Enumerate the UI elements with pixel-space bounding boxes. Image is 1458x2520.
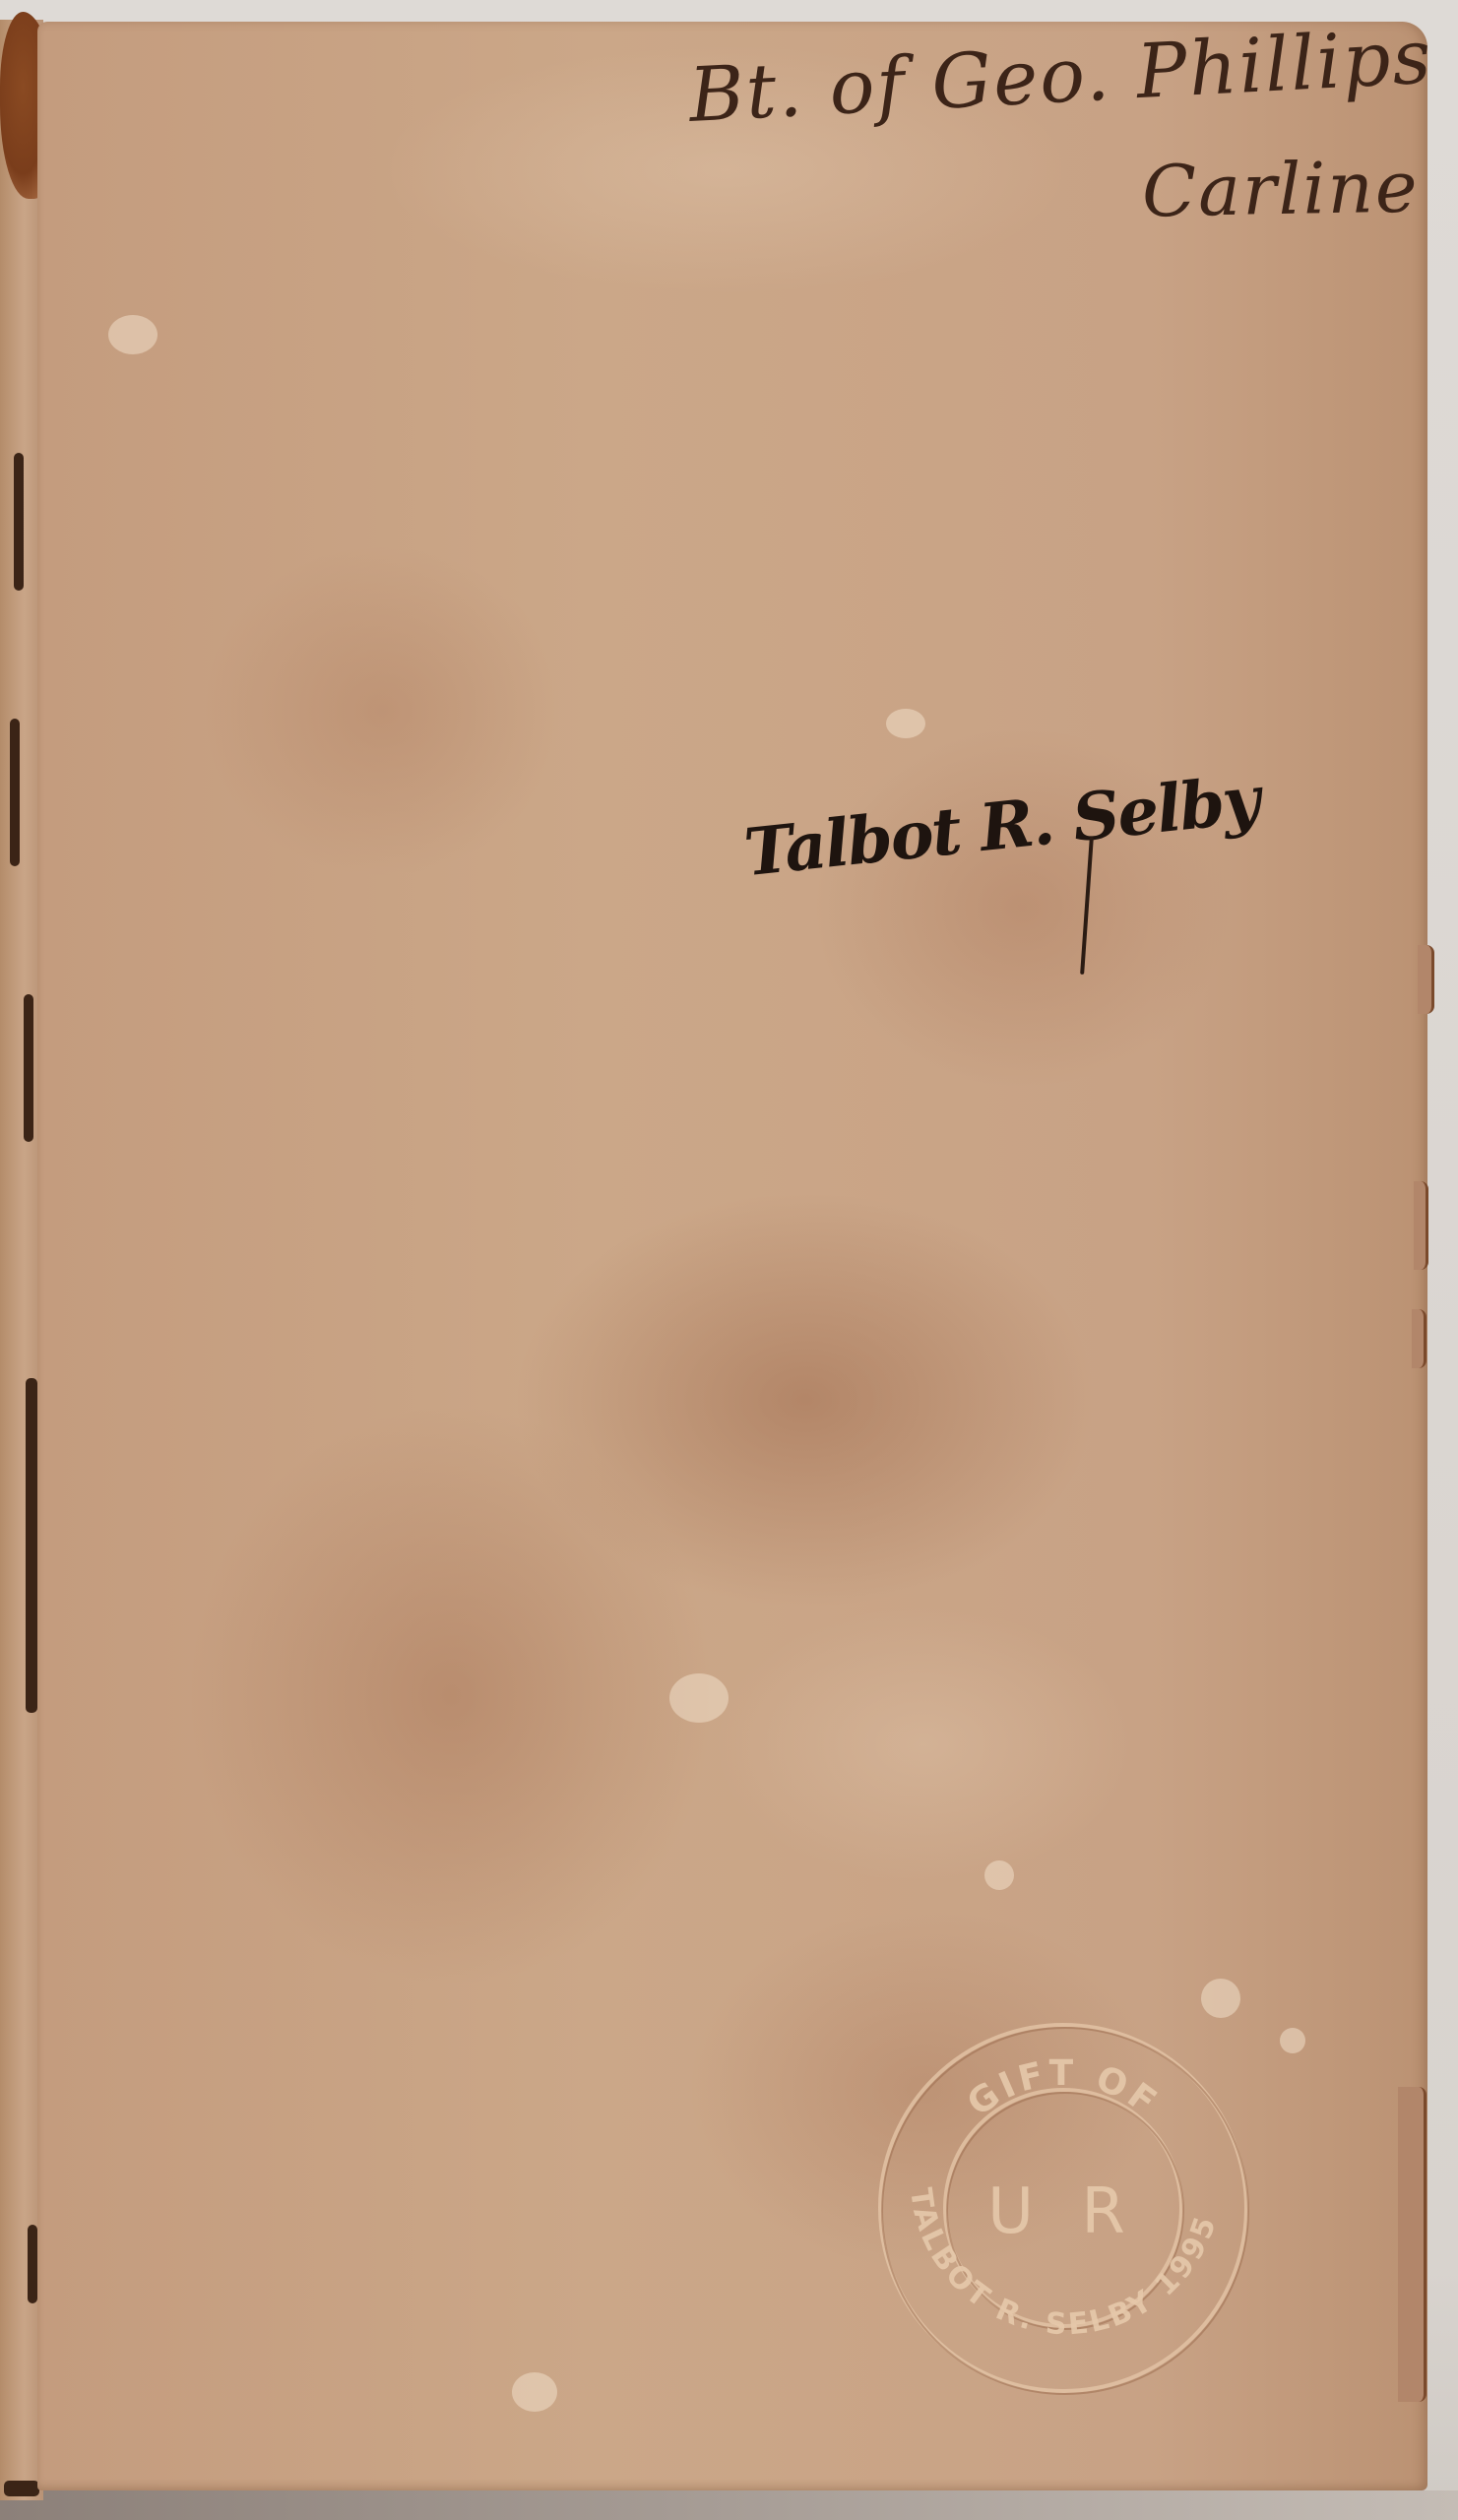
spine-gap	[28, 2225, 37, 2303]
stamp-top-text: GIFT OF	[960, 2053, 1166, 2124]
svg-text:GIFT OF: GIFT OF	[960, 2053, 1166, 2124]
ownership-inscription-line-2: Carline	[1141, 146, 1420, 233]
scanned-book-page: Bt. of Geo. Phillips Carline Talbot R. S…	[0, 0, 1458, 2520]
embossed-gift-stamp: GIFT OF TALBOT R. SELBY 1995 U R	[871, 2016, 1255, 2400]
owner-signature: Talbot R. Selby	[740, 761, 1262, 891]
spine-gap	[14, 453, 24, 591]
stamp-seal-icon: GIFT OF TALBOT R. SELBY 1995 U R	[871, 2016, 1255, 2400]
spine-gap	[26, 1378, 37, 1713]
spine-gap	[24, 994, 33, 1142]
spine-gap	[4, 2481, 39, 2496]
signature-flourish	[1080, 837, 1094, 975]
ownership-inscription-line-1: Bt. of Geo. Phillips	[687, 22, 1427, 139]
stamp-center-text: U R	[987, 2175, 1139, 2248]
background-surface	[0, 2490, 1458, 2520]
spine-gap	[10, 719, 20, 866]
